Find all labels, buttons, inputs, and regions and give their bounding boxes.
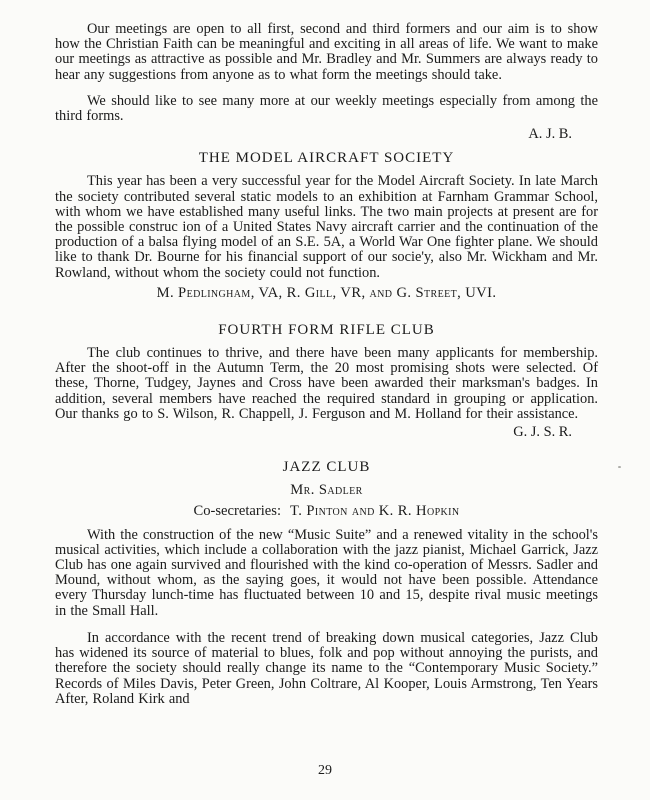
section-jazz-club: JAZZ CLUB Mr. Sadler Co-secretaries:T. P… [55, 459, 598, 707]
section-intro-continuation: Our meetings are open to all first, seco… [55, 22, 598, 142]
jazz-club-paragraph-1: With the construction of the new “Music … [55, 528, 598, 619]
model-aircraft-heading: THE MODEL AIRCRAFT SOCIETY [55, 150, 598, 167]
section-model-aircraft-society: THE MODEL AIRCRAFT SOCIETY This year has… [55, 150, 598, 301]
intro-paragraph-1: Our meetings are open to all first, seco… [55, 22, 598, 83]
intro-paragraph-2: We should like to see many more at our w… [55, 94, 598, 124]
model-aircraft-signature: M. Pedlingham, VA, R. Gill, VR, and G. S… [55, 286, 598, 301]
magazine-page: Our meetings are open to all first, seco… [0, 0, 650, 800]
rifle-club-paragraph: The club continues to thrive, and there … [55, 346, 598, 422]
model-aircraft-paragraph: This year has been a very successful yea… [55, 174, 598, 280]
rifle-club-signature: G. J. S. R. [55, 425, 598, 440]
rifle-club-heading: FOURTH FORM RIFLE CLUB [55, 322, 598, 339]
jazz-club-paragraph-2: In accordance with the recent trend of b… [55, 631, 598, 707]
cosecretaries-line: Co-secretaries:T. Pinton and K. R. Hopki… [55, 504, 598, 519]
jazz-club-leader: Mr. Sadler [55, 483, 598, 498]
cosecretaries-label: Co-secretaries: [193, 503, 290, 519]
scan-speck [618, 466, 621, 468]
page-number: 29 [0, 763, 650, 778]
intro-signature: A. J. B. [55, 127, 598, 142]
section-fourth-form-rifle-club: FOURTH FORM RIFLE CLUB The club continue… [55, 322, 598, 440]
cosecretaries-names: T. Pinton and K. R. Hopkin [290, 503, 460, 519]
jazz-club-heading: JAZZ CLUB [55, 459, 598, 476]
